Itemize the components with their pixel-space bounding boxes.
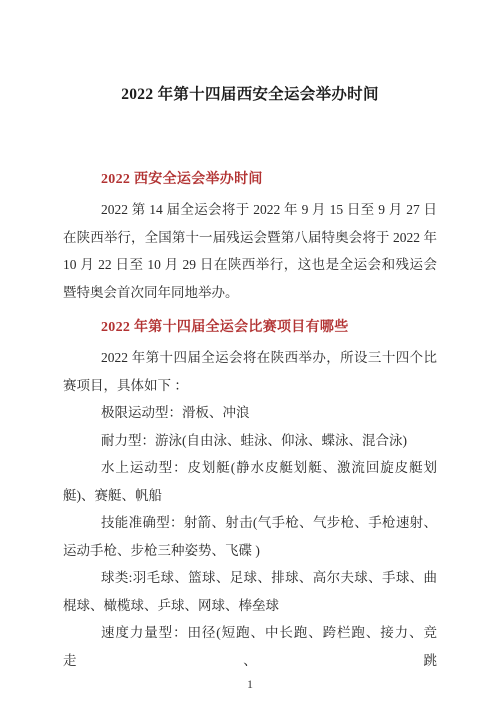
document-page: 2022 年第十四届西安全运会举办时间 2022 西安全运会举办时间 2022 … xyxy=(0,0,500,707)
paragraph-endurance-sports: 耐力型：游泳(自由泳、蛙泳、仰泳、蝶泳、混合泳) xyxy=(63,427,437,455)
paragraph-speed-strength-sports: 速度力量型：田径(短跑、中长跑、跨栏跑、接力、竞走、跳 xyxy=(63,619,437,674)
page-number: 1 xyxy=(63,676,437,692)
document-title: 2022 年第十四届西安全运会举办时间 xyxy=(63,84,437,106)
paragraph-ball-sports: 球类:羽毛球、篮球、足球、排球、高尔夫球、手球、曲棍球、橄榄球、乒球、网球、棒垒… xyxy=(63,564,437,619)
section-heading-hosting-time: 2022 西安全运会举办时间 xyxy=(63,170,437,190)
section-competition-events: 2022 年第十四届全运会比赛项目有哪些 2022 年第十四届全运会将在陕西举办… xyxy=(63,318,437,674)
paragraph-precision-sports: 技能准确型：射箭、射击(气手枪、气步枪、手枪速射、运动手枪、步枪三种姿势、飞碟 … xyxy=(63,509,437,564)
paragraph-extreme-sports: 极限运动型：滑板、冲浪 xyxy=(63,399,437,427)
section-heading-competition-events: 2022 年第十四届全运会比赛项目有哪些 xyxy=(63,318,437,338)
paragraph-events-intro: 2022 年第十四届全运会将在陕西举办，所设三十四个比赛项目，具体如下 ： xyxy=(63,344,437,399)
paragraph-water-sports: 水上运动型：皮划艇(静水皮艇划艇、激流回旋皮艇划艇)、赛艇、帆船 xyxy=(63,454,437,509)
paragraph-hosting-dates: 2022 第 14 届全运会将于 2022 年 9 月 15 日至 9 月 27… xyxy=(63,196,437,306)
section-hosting-time: 2022 西安全运会举办时间 2022 第 14 届全运会将于 2022 年 9… xyxy=(63,170,437,306)
